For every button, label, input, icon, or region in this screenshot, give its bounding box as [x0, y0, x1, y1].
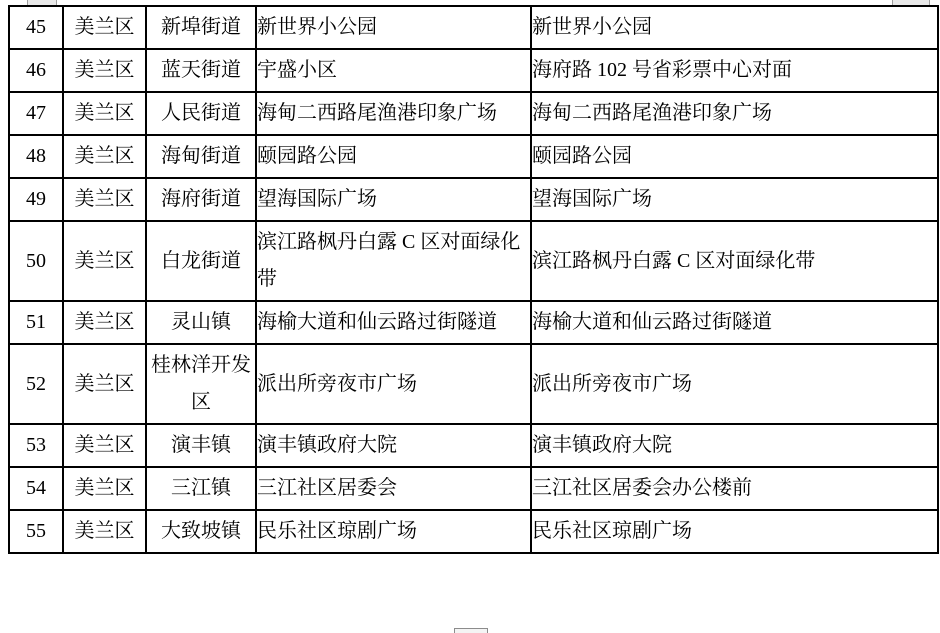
- cell-number: 51: [9, 301, 63, 344]
- cell-site-name: 新世界小公园: [256, 6, 531, 49]
- table-row: 51 美兰区 灵山镇 海榆大道和仙云路过街隧道 海榆大道和仙云路过街隧道: [9, 301, 938, 344]
- cell-street: 大致坡镇: [146, 510, 256, 553]
- cell-number: 45: [9, 6, 63, 49]
- cell-number: 53: [9, 424, 63, 467]
- cell-address: 新世界小公园: [531, 6, 938, 49]
- cell-site-name: 望海国际广场: [256, 178, 531, 221]
- cell-site-name: 颐园路公园: [256, 135, 531, 178]
- cell-number: 52: [9, 344, 63, 424]
- table-row: 47 美兰区 人民街道 海甸二西路尾渔港印象广场 海甸二西路尾渔港印象广场: [9, 92, 938, 135]
- cell-number: 49: [9, 178, 63, 221]
- cell-site-name: 派出所旁夜市广场: [256, 344, 531, 424]
- cell-number: 47: [9, 92, 63, 135]
- cell-address: 滨江路枫丹白露 C 区对面绿化带: [531, 221, 938, 301]
- cell-address: 颐园路公园: [531, 135, 938, 178]
- cell-number: 50: [9, 221, 63, 301]
- cell-street: 新埠街道: [146, 6, 256, 49]
- table-row: 54 美兰区 三江镇 三江社区居委会 三江社区居委会办公楼前: [9, 467, 938, 510]
- table-row: 53 美兰区 演丰镇 演丰镇政府大院 演丰镇政府大院: [9, 424, 938, 467]
- cell-site-name: 三江社区居委会: [256, 467, 531, 510]
- cell-street: 白龙街道: [146, 221, 256, 301]
- locations-table: 45 美兰区 新埠街道 新世界小公园 新世界小公园 46 美兰区 蓝天街道 宇盛…: [8, 5, 939, 554]
- cell-number: 48: [9, 135, 63, 178]
- table-row: 52 美兰区 桂林洋开发区 派出所旁夜市广场 派出所旁夜市广场: [9, 344, 938, 424]
- cell-address: 海府路 102 号省彩票中心对面: [531, 49, 938, 92]
- cell-district: 美兰区: [63, 301, 146, 344]
- cell-address: 演丰镇政府大院: [531, 424, 938, 467]
- cell-street: 海甸街道: [146, 135, 256, 178]
- table-body: 45 美兰区 新埠街道 新世界小公园 新世界小公园 46 美兰区 蓝天街道 宇盛…: [9, 6, 938, 553]
- cell-number: 55: [9, 510, 63, 553]
- cell-address: 三江社区居委会办公楼前: [531, 467, 938, 510]
- cell-district: 美兰区: [63, 424, 146, 467]
- cell-district: 美兰区: [63, 135, 146, 178]
- cell-street: 蓝天街道: [146, 49, 256, 92]
- cell-site-name: 海榆大道和仙云路过街隧道: [256, 301, 531, 344]
- cell-district: 美兰区: [63, 510, 146, 553]
- cell-street: 灵山镇: [146, 301, 256, 344]
- table-row: 55 美兰区 大致坡镇 民乐社区琼剧广场 民乐社区琼剧广场: [9, 510, 938, 553]
- cell-street: 三江镇: [146, 467, 256, 510]
- cell-address: 海甸二西路尾渔港印象广场: [531, 92, 938, 135]
- cell-district: 美兰区: [63, 92, 146, 135]
- cell-number: 46: [9, 49, 63, 92]
- cell-district: 美兰区: [63, 6, 146, 49]
- cell-site-name: 海甸二西路尾渔港印象广场: [256, 92, 531, 135]
- cell-district: 美兰区: [63, 344, 146, 424]
- cell-site-name: 宇盛小区: [256, 49, 531, 92]
- cell-number: 54: [9, 467, 63, 510]
- cell-site-name: 演丰镇政府大院: [256, 424, 531, 467]
- cell-site-name: 民乐社区琼剧广场: [256, 510, 531, 553]
- cell-address: 望海国际广场: [531, 178, 938, 221]
- cell-address: 派出所旁夜市广场: [531, 344, 938, 424]
- cell-district: 美兰区: [63, 178, 146, 221]
- cell-district: 美兰区: [63, 221, 146, 301]
- ui-fragment-bottom: [454, 628, 488, 633]
- cell-site-name: 滨江路枫丹白露 C 区对面绿化带: [256, 221, 531, 301]
- cell-address: 民乐社区琼剧广场: [531, 510, 938, 553]
- table-row: 45 美兰区 新埠街道 新世界小公园 新世界小公园: [9, 6, 938, 49]
- cell-street: 桂林洋开发区: [146, 344, 256, 424]
- table-row: 50 美兰区 白龙街道 滨江路枫丹白露 C 区对面绿化带 滨江路枫丹白露 C 区…: [9, 221, 938, 301]
- cell-street: 海府街道: [146, 178, 256, 221]
- cell-street: 人民街道: [146, 92, 256, 135]
- table-row: 49 美兰区 海府街道 望海国际广场 望海国际广场: [9, 178, 938, 221]
- cell-address: 海榆大道和仙云路过街隧道: [531, 301, 938, 344]
- cell-street: 演丰镇: [146, 424, 256, 467]
- cell-district: 美兰区: [63, 467, 146, 510]
- cell-district: 美兰区: [63, 49, 146, 92]
- table-row: 48 美兰区 海甸街道 颐园路公园 颐园路公园: [9, 135, 938, 178]
- table-row: 46 美兰区 蓝天街道 宇盛小区 海府路 102 号省彩票中心对面: [9, 49, 938, 92]
